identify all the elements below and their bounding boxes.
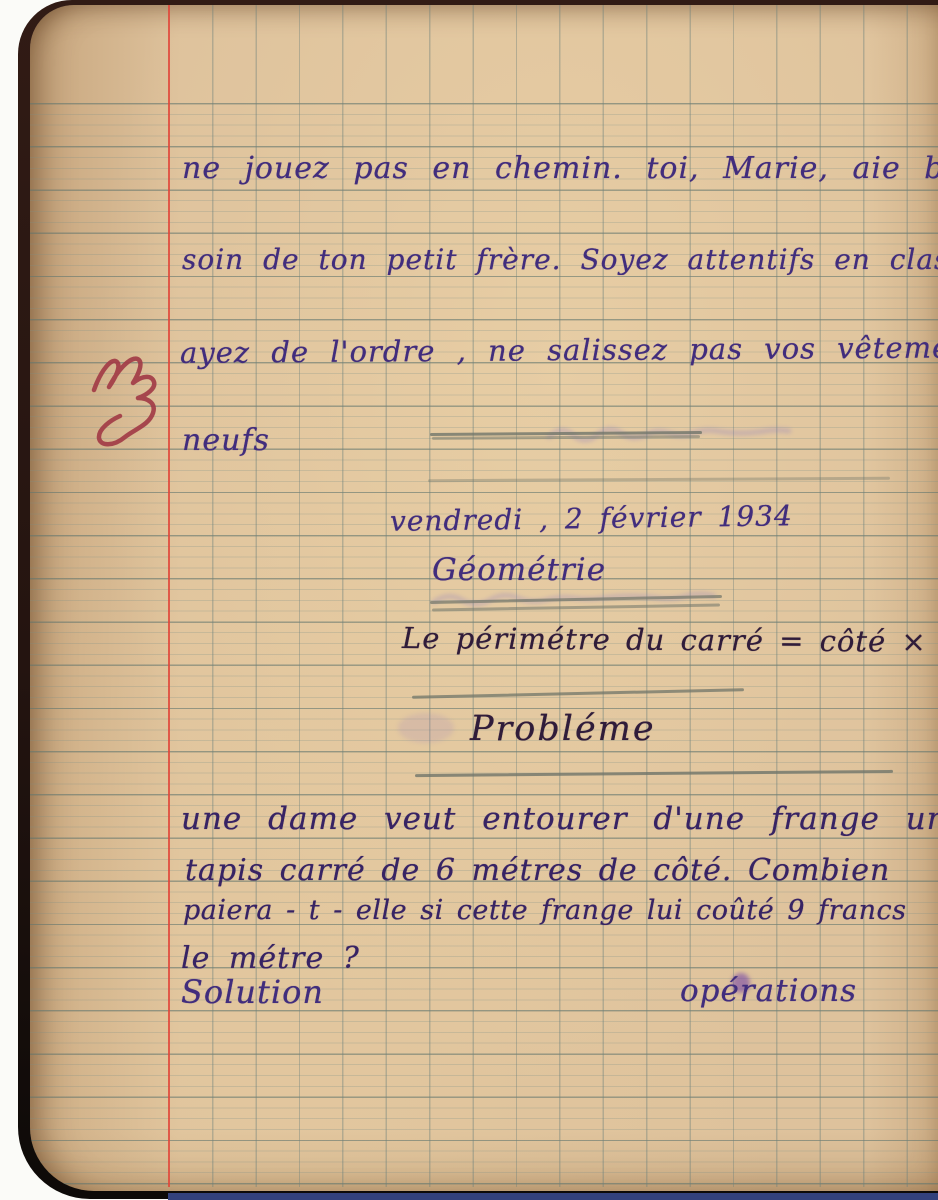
problem-text-line: une dame veut entourer d'une frange un xyxy=(181,801,938,837)
handwriting-line: ayez de l'ordre , ne salissez pas vos vê… xyxy=(180,330,938,370)
scanned-notebook-page: ne jouez pas en chemin. toi, Marie, aie … xyxy=(0,0,938,1200)
handwriting-line: soin de ton petit frère. Soyez attentifs… xyxy=(182,243,938,276)
solution-label: Solution xyxy=(181,973,324,1011)
ink-smudge xyxy=(398,713,454,743)
problem-heading: Probléme xyxy=(470,709,656,749)
problem-text-line: tapis carré de 6 métres de côté. Combien xyxy=(185,853,890,888)
notebook-page: ne jouez pas en chemin. toi, Marie, aie … xyxy=(30,5,938,1191)
red-teacher-paraph-icon xyxy=(88,328,172,448)
under-page-blue-edge xyxy=(168,1193,938,1200)
problem-text-line: paiera - t - elle si cette frange lui co… xyxy=(183,895,906,926)
subject-heading: Géométrie xyxy=(432,552,606,588)
date-line: vendredi , 2 février 1934 xyxy=(390,499,793,538)
handwriting-line: ne jouez pas en chemin. toi, Marie, aie … xyxy=(182,151,938,186)
handwriting-line: neufs xyxy=(182,423,270,458)
problem-text-line: le métre ? xyxy=(181,941,360,976)
operations-label: opérations xyxy=(680,973,857,1009)
formula-line: Le périmétre du carré = côté × 4 xyxy=(402,621,938,659)
margin-rule-red-line xyxy=(168,5,170,1187)
